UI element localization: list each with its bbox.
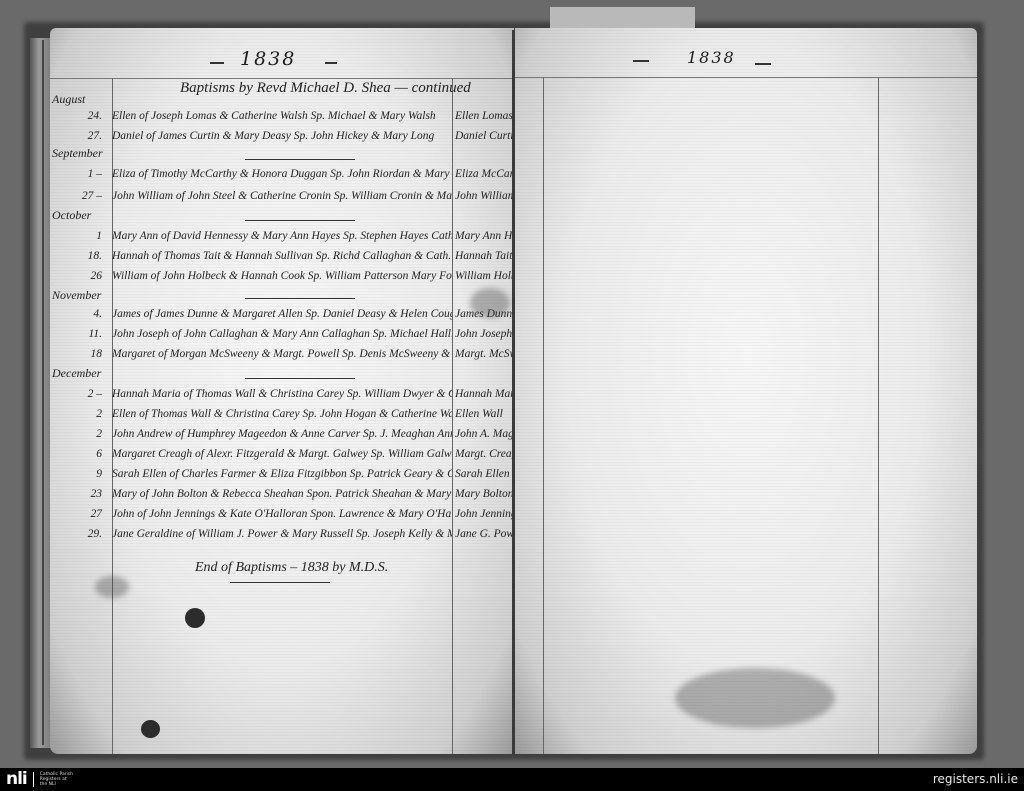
- section-divider: [245, 159, 355, 160]
- month-october: October: [52, 208, 91, 223]
- right-page-year: 1838: [687, 48, 736, 67]
- section-divider: [245, 298, 355, 299]
- right-register-page: 1838: [515, 28, 977, 754]
- baptism-entry: 11. John Joseph of John Callaghan & Mary…: [50, 328, 514, 348]
- image-viewer[interactable]: 1838 Baptisms by Revd Michael D. Shea — …: [0, 0, 1024, 768]
- baptism-entry: 9 Sarah Ellen of Charles Farmer & Eliza …: [50, 468, 514, 488]
- ink-smudge: [95, 576, 129, 598]
- date-column-rule: [543, 77, 544, 754]
- baptism-entry: 2 – Hannah Maria of Thomas Wall & Christ…: [50, 388, 514, 408]
- ink-blot: [141, 720, 160, 738]
- binding-edge: [42, 40, 44, 745]
- logo-subtitle: Catholic Parish Registers at the NLI: [40, 772, 74, 787]
- baptism-entry: 18 Margaret of Morgan McSweeny & Margt. …: [50, 348, 514, 368]
- ink-smudge: [470, 288, 510, 318]
- register-title: Baptisms by Revd Michael D. Shea — conti…: [180, 80, 471, 97]
- baptism-entry: 29. Jane Geraldine of William J. Power &…: [50, 528, 514, 548]
- month-november: November: [52, 288, 101, 303]
- logo-divider: [33, 772, 34, 787]
- baptism-entry: 26 William of John Holbeck & Hannah Cook…: [50, 270, 514, 290]
- end-note-underline: [230, 582, 330, 583]
- baptism-entry: 2 Ellen of Thomas Wall & Christina Carey…: [50, 408, 514, 428]
- section-divider: [245, 220, 355, 221]
- baptism-entry: 27 John of John Jennings & Kate O'Hallor…: [50, 508, 514, 528]
- left-register-page: 1838 Baptisms by Revd Michael D. Shea — …: [50, 28, 514, 754]
- book-binding: [30, 38, 52, 748]
- header-dash: [755, 63, 771, 65]
- site-link[interactable]: registers.nli.ie: [933, 772, 1018, 786]
- header-rule: [50, 78, 514, 79]
- margin-column-rule: [878, 77, 879, 754]
- baptism-entry: 1 – Eliza of Timothy McCarthy & Honora D…: [50, 168, 514, 188]
- baptism-entry: 24. Ellen of Joseph Lomas & Catherine Wa…: [50, 110, 514, 130]
- baptism-entry: 18. Hannah of Thomas Tait & Hannah Sulli…: [50, 250, 514, 270]
- month-september: September: [52, 146, 103, 161]
- ink-blot: [185, 608, 205, 628]
- month-august: August: [52, 92, 85, 107]
- header-dash: [210, 62, 224, 64]
- baptism-entry: 27. Daniel of James Curtin & Mary Deasy …: [50, 130, 514, 150]
- viewer-footer: nli Catholic Parish Registers at the NLI…: [0, 768, 1024, 791]
- nli-logo-mark: nli: [6, 771, 27, 788]
- header-dash: [325, 62, 337, 64]
- nli-logo[interactable]: nli Catholic Parish Registers at the NLI: [6, 771, 74, 788]
- header-dash: [633, 60, 649, 62]
- baptism-entry: 27 – John William of John Steel & Cather…: [50, 190, 514, 210]
- baptism-entry: 6 Margaret Creagh of Alexr. Fitzgerald &…: [50, 448, 514, 468]
- baptism-entry: 2 John Andrew of Humphrey Mageedon & Ann…: [50, 428, 514, 448]
- page-discoloration: [675, 668, 835, 728]
- left-page-year: 1838: [240, 48, 296, 70]
- baptism-entry: 4. James of James Dunne & Margaret Allen…: [50, 308, 514, 328]
- end-of-baptisms-note: End of Baptisms – 1838 by M.D.S.: [195, 560, 388, 576]
- header-rule: [515, 77, 977, 78]
- baptism-entry: 1 Mary Ann of David Hennessy & Mary Ann …: [50, 230, 514, 250]
- month-december: December: [52, 366, 101, 381]
- baptism-entry: 23 Mary of John Bolton & Rebecca Sheahan…: [50, 488, 514, 508]
- section-divider: [245, 378, 355, 379]
- page-tab-strip: [550, 7, 695, 29]
